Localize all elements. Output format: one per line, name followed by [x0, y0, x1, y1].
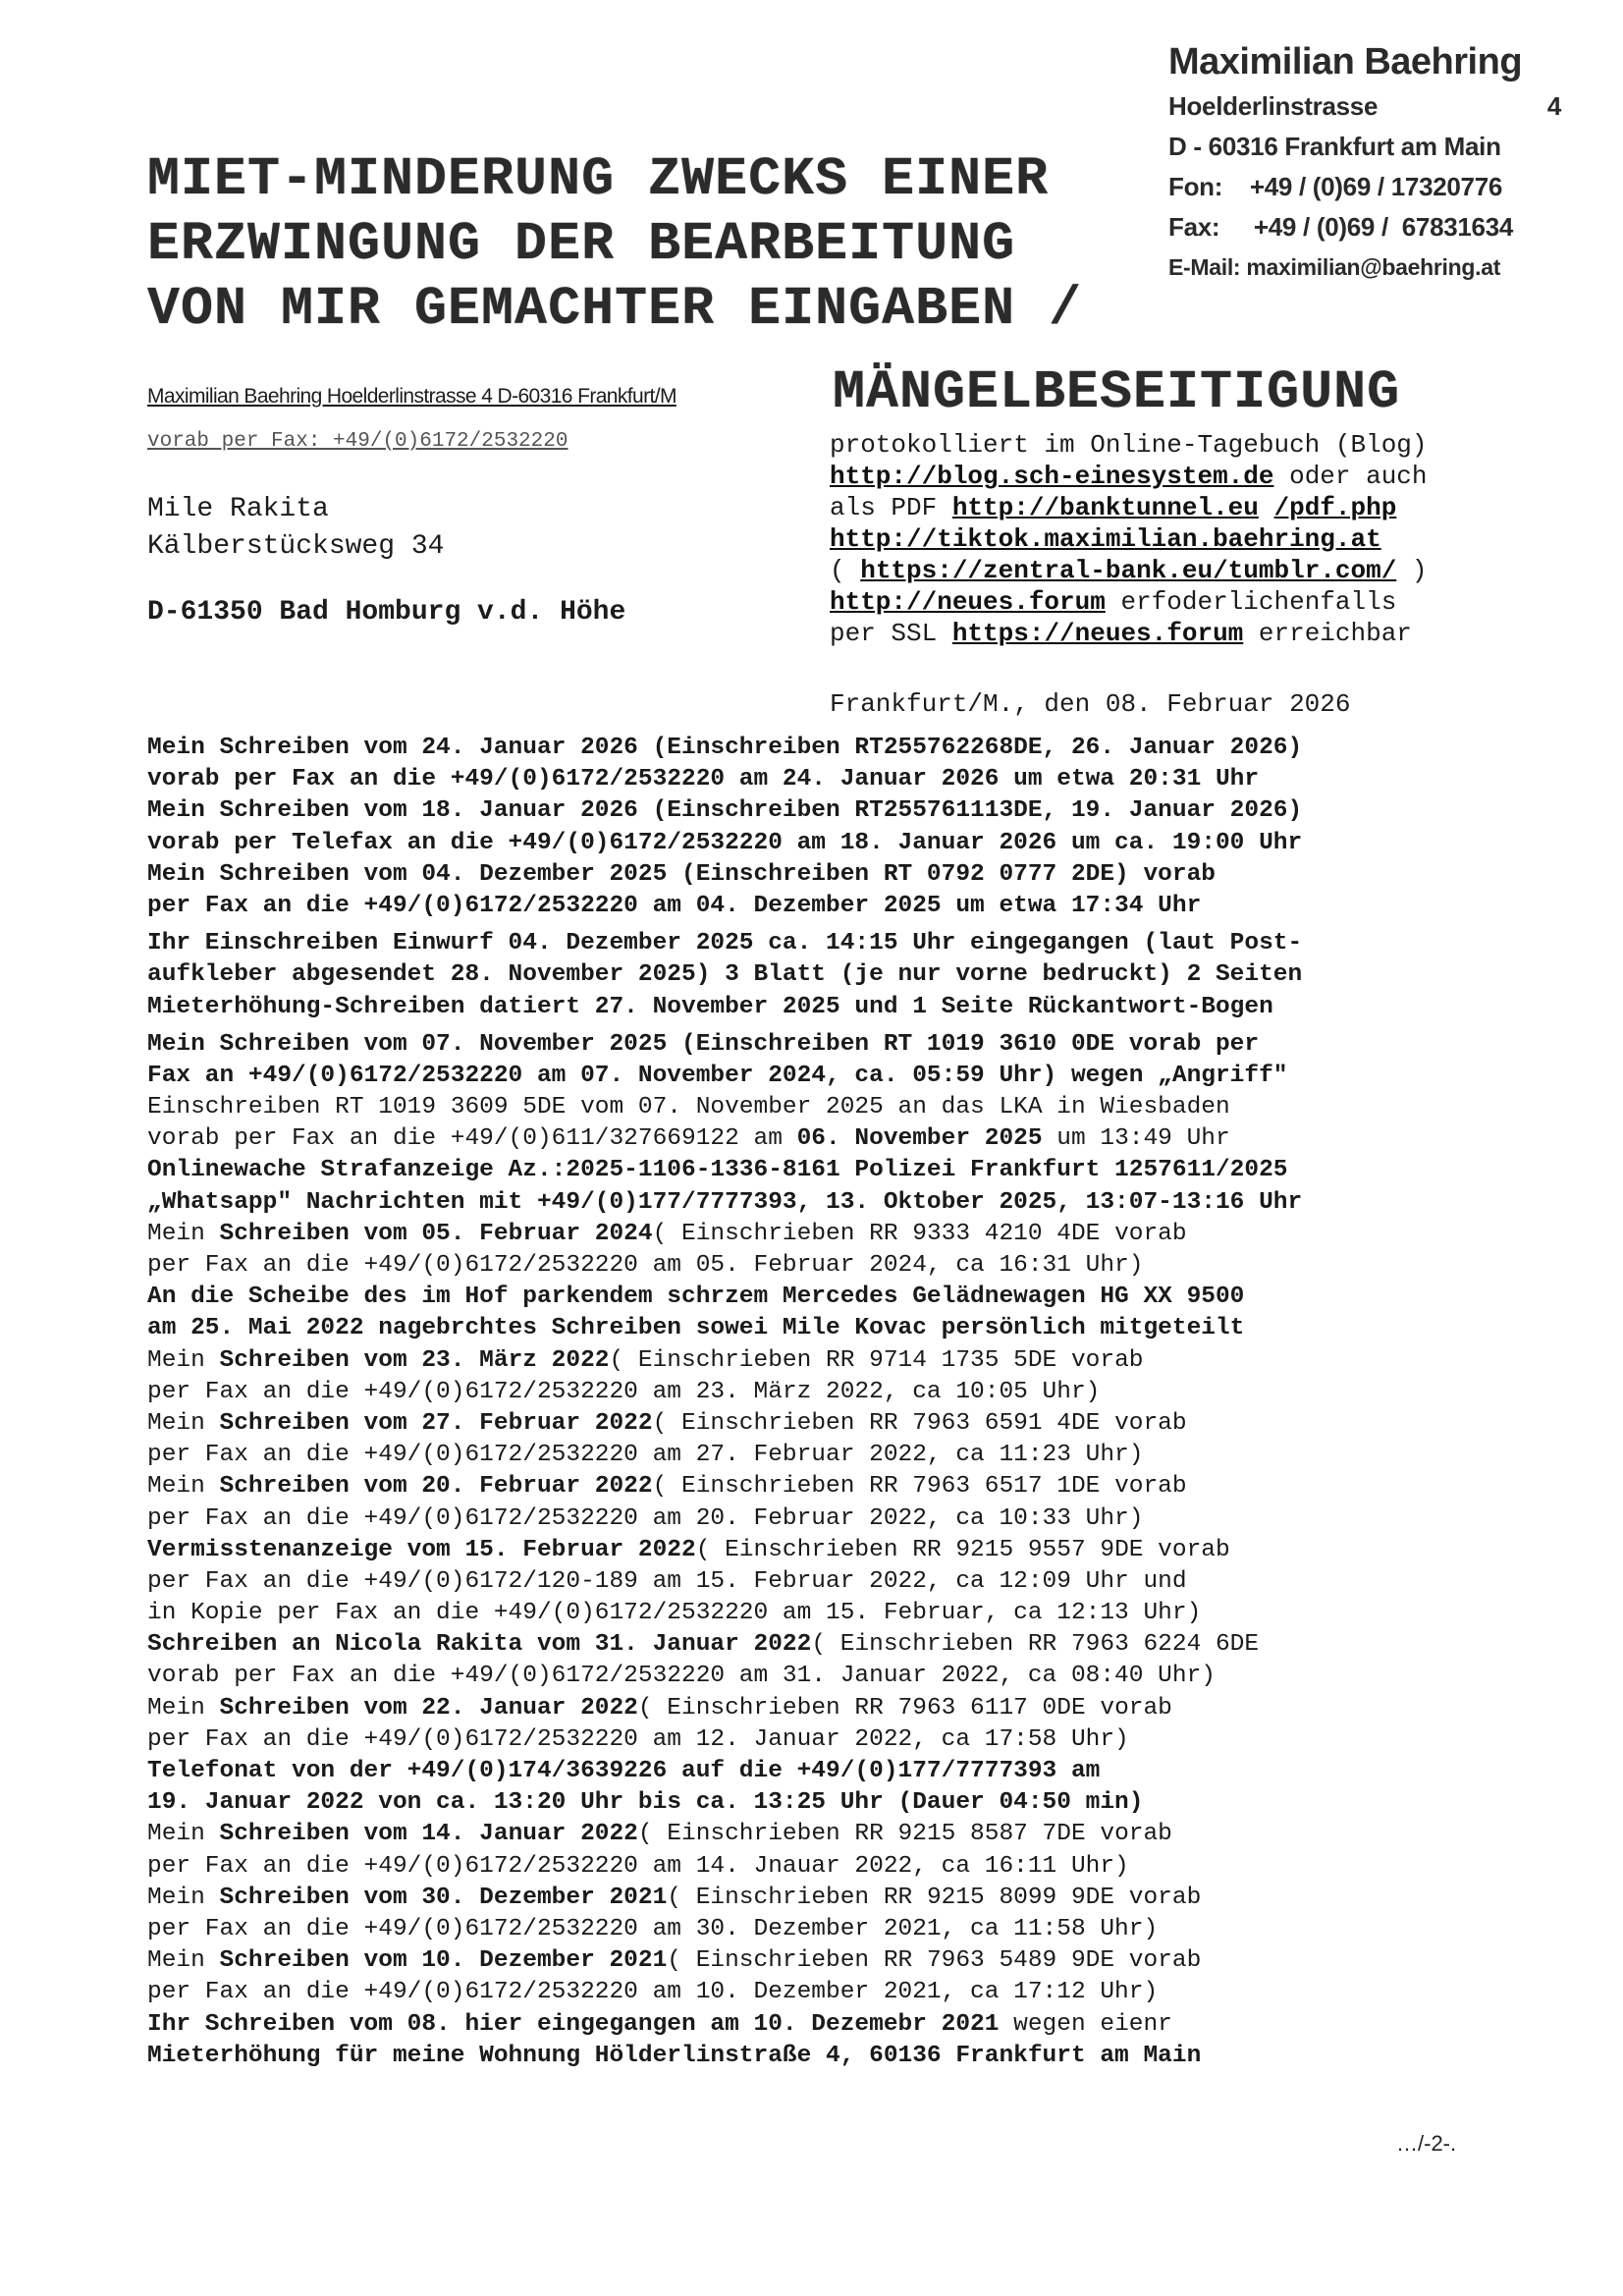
- log-line: Onlinewache Strafanzeige Az.:2025-1106-1…: [147, 1155, 1522, 1186]
- log-text: Mein: [147, 1947, 220, 1974]
- date-line: Frankfurt/M., den 08. Februar 2026: [830, 689, 1351, 719]
- sender-fax: +49 / (0)69 / 67831634: [1254, 212, 1513, 242]
- log-line: per Fax an die +49/(0)6172/2532220 am 30…: [147, 1914, 1522, 1945]
- log-line: An die Scheibe des im Hof parkendem schr…: [147, 1282, 1522, 1313]
- log-line: am 25. Mai 2022 nagebrchtes Schreiben so…: [147, 1313, 1522, 1344]
- sender-email-line: E-Mail: maximilian@baehring.at: [1168, 247, 1581, 288]
- blog-line-4: ( https://zentral-bank.eu/tumblr.com/ ): [830, 555, 1517, 586]
- log-text: Mein: [147, 1695, 220, 1722]
- log-line: Ihr Schreiben vom 08. hier eingegangen a…: [147, 2009, 1522, 2041]
- sender-fax-label: Fax:: [1168, 212, 1219, 242]
- log-line: Fax an +49/(0)6172/2532220 am 07. Novemb…: [147, 1061, 1522, 1092]
- log-text-bold: vorab per Telefax an die +49/(0)6172/253…: [147, 830, 1302, 856]
- log-line: Mein Schreiben vom 14. Januar 2022( Eins…: [147, 1819, 1522, 1850]
- log-text-bold: Fax an +49/(0)6172/2532220 am 07. Novemb…: [147, 1063, 1288, 1089]
- blog-links-block: protokolliert im Online-Tagebuch (Blog) …: [830, 429, 1517, 649]
- log-text-bold: Schreiben an Nicola Rakita vom 31. Janua…: [147, 1631, 811, 1658]
- log-line: Mein Schreiben vom 20. Februar 2022( Ein…: [147, 1471, 1522, 1503]
- log-text: ( Einschrieben RR 7963 6591 4DE vorab: [653, 1410, 1187, 1437]
- log-line: per Fax an die +49/(0)6172/2532220 am 27…: [147, 1440, 1522, 1471]
- log-text: per Fax an die +49/(0)6172/2532220 am 05…: [147, 1252, 1143, 1279]
- blog-link[interactable]: http://blog.sch-einesystem.de: [830, 462, 1273, 491]
- log-line: Vermisstenanzeige vom 15. Februar 2022( …: [147, 1535, 1522, 1566]
- headline-line: VON MIR GEMACHTER EINGABEN /: [147, 277, 1082, 342]
- log-line: Schreiben an Nicola Rakita vom 31. Janua…: [147, 1629, 1522, 1661]
- log-text-bold: aufkleber abgesendet 28. November 2025) …: [147, 961, 1302, 988]
- banktunnel-link[interactable]: http://banktunnel.eu: [952, 493, 1259, 522]
- log-line: Mein Schreiben vom 18. Januar 2026 (Eins…: [147, 795, 1522, 827]
- log-line: vorab per Fax an die +49/(0)6172/2532220…: [147, 1661, 1522, 1692]
- log-line: Mein Schreiben vom 23. März 2022( Einsch…: [147, 1345, 1522, 1377]
- log-line: per Fax an die +49/(0)6172/2532220 am 12…: [147, 1724, 1522, 1756]
- correspondence-log: Mein Schreiben vom 24. Januar 2026 (Eins…: [147, 733, 1522, 2072]
- log-text: vorab per Fax an die +49/(0)6172/2532220…: [147, 1663, 1216, 1689]
- log-line: vorab per Fax an die +49/(0)611/32766912…: [147, 1123, 1522, 1155]
- log-line: per Fax an die +49/(0)6172/2532220 am 14…: [147, 1851, 1522, 1883]
- log-line: per Fax an die +49/(0)6172/2532220 am 04…: [147, 891, 1522, 922]
- blog-text: als PDF: [830, 493, 952, 522]
- log-text: vorab per Fax an die +49/(0)611/32766912…: [147, 1125, 797, 1152]
- recipient-street: Kälberstücksweg 34: [147, 528, 444, 566]
- sender-phone-label: Fon:: [1168, 172, 1222, 201]
- sender-phone-line: Fon: +49 / (0)69 / 17320776: [1168, 167, 1581, 207]
- log-text: ( Einschrieben RR 9714 1735 5DE vorab: [609, 1347, 1143, 1374]
- log-text: Mein: [147, 1221, 220, 1247]
- log-text-bold: Onlinewache Strafanzeige Az.:2025-1106-1…: [147, 1157, 1288, 1183]
- log-text-bold: An die Scheibe des im Hof parkendem schr…: [147, 1284, 1244, 1310]
- log-text: wegen eienr: [999, 2011, 1171, 2038]
- log-text-bold: Mein Schreiben vom 24. Januar 2026 (Eins…: [147, 735, 1302, 761]
- log-text-bold: Schreiben vom 22. Januar 2022: [220, 1695, 638, 1722]
- log-line: Ihr Einschreiben Einwurf 04. Dezember 20…: [147, 928, 1522, 959]
- log-text-bold: per Fax an die +49/(0)6172/2532220 am 04…: [147, 893, 1201, 919]
- log-text-bold: Telefonat von der +49/(0)174/3639226 auf…: [147, 1758, 1100, 1784]
- recipient-name: Mile Rakita: [147, 491, 444, 528]
- log-text: per Fax an die +49/(0)6172/2532220 am 23…: [147, 1379, 1100, 1405]
- blog-text: (: [830, 556, 860, 585]
- headline-last-line: MÄNGELBESEITIGUNG: [833, 361, 1400, 423]
- log-line: per Fax an die +49/(0)6172/2532220 am 23…: [147, 1377, 1522, 1408]
- blog-line-6: per SSL https://neues.forum erreichbar: [830, 618, 1517, 649]
- blog-text: oder auch: [1273, 462, 1427, 491]
- sender-letterhead: Maximilian Baehring Hoelderlinstrasse 4 …: [1168, 37, 1581, 288]
- log-text-bold: Mein Schreiben vom 18. Januar 2026 (Eins…: [147, 797, 1302, 824]
- log-line: Mein Schreiben vom 05. Februar 2024( Ein…: [147, 1219, 1522, 1250]
- log-text-bold: 19. Januar 2022 von ca. 13:20 Uhr bis ca…: [147, 1789, 1143, 1816]
- log-text-bold: Mein Schreiben vom 07. November 2025 (Ei…: [147, 1031, 1259, 1058]
- log-line: Einschreiben RT 1019 3609 5DE vom 07. No…: [147, 1092, 1522, 1123]
- log-text: ( Einschrieben RR 9215 8099 9DE vorab: [667, 1885, 1201, 1911]
- sender-street-line: Hoelderlinstrasse 4: [1168, 86, 1561, 127]
- log-line: 19. Januar 2022 von ca. 13:20 Uhr bis ca…: [147, 1787, 1522, 1819]
- sender-street: Hoelderlinstrasse: [1168, 86, 1378, 127]
- forum-link[interactable]: http://neues.forum: [830, 587, 1106, 617]
- forum-ssl-link[interactable]: https://neues.forum: [952, 619, 1243, 648]
- log-text-bold: vorab per Fax an die +49/(0)6172/2532220…: [147, 766, 1259, 793]
- log-text: ( Einschrieben RR 7963 6117 0DE vorab: [638, 1695, 1172, 1722]
- log-text-bold: Mein Schreiben vom 04. Dezember 2025 (Ei…: [147, 861, 1216, 888]
- log-text: Mein: [147, 1410, 220, 1437]
- log-line: Mein Schreiben vom 07. November 2025 (Ei…: [147, 1029, 1522, 1061]
- log-line: aufkleber abgesendet 28. November 2025) …: [147, 959, 1522, 991]
- log-line: Mein Schreiben vom 24. Januar 2026 (Eins…: [147, 733, 1522, 764]
- log-line: „Whatsapp" Nachrichten mit +49/(0)177/77…: [147, 1187, 1522, 1219]
- log-text-bold: Schreiben vom 05. Februar 2024: [220, 1221, 653, 1247]
- log-line: vorab per Telefax an die +49/(0)6172/253…: [147, 828, 1522, 859]
- log-line: Telefonat von der +49/(0)174/3639226 auf…: [147, 1756, 1522, 1787]
- log-text: Mein: [147, 1347, 220, 1374]
- blog-text: ): [1396, 556, 1427, 585]
- log-text: ( Einschrieben RR 9215 8587 7DE vorab: [638, 1821, 1172, 1847]
- log-line: Mieterhöhung-Schreiben datiert 27. Novem…: [147, 992, 1522, 1023]
- log-line: per Fax an die +49/(0)6172/2532220 am 05…: [147, 1250, 1522, 1282]
- log-text: per Fax an die +49/(0)6172/120-189 am 15…: [147, 1568, 1187, 1595]
- log-text-bold: Schreiben vom 10. Dezember 2021: [220, 1947, 668, 1974]
- log-line: Mein Schreiben vom 04. Dezember 2025 (Ei…: [147, 859, 1522, 891]
- log-text-bold: Schreiben vom 30. Dezember 2021: [220, 1885, 668, 1911]
- log-text: per Fax an die +49/(0)6172/2532220 am 10…: [147, 1979, 1158, 2005]
- recipient-city: D-61350 Bad Homburg v.d. Höhe: [147, 597, 625, 628]
- log-line: Mieterhöhung für meine Wohnung Hölderlin…: [147, 2041, 1522, 2072]
- blog-text: erreichbar: [1243, 619, 1412, 648]
- log-text: Mein: [147, 1473, 220, 1500]
- log-line: per Fax an die +49/(0)6172/2532220 am 20…: [147, 1503, 1522, 1535]
- log-text: ( Einschrieben RR 7963 6224 6DE: [811, 1631, 1259, 1658]
- log-text-bold: 06. November 2025: [797, 1125, 1043, 1152]
- sender-phone: +49 / (0)69 / 17320776: [1250, 172, 1502, 201]
- log-text-bold: Ihr Einschreiben Einwurf 04. Dezember 20…: [147, 930, 1302, 957]
- recipient-address: Mile Rakita Kälberstücksweg 34: [147, 491, 444, 566]
- log-text-bold: Mieterhöhung-Schreiben datiert 27. Novem…: [147, 994, 1273, 1020]
- log-text: per Fax an die +49/(0)6172/2532220 am 14…: [147, 1853, 1129, 1880]
- log-text-bold: am 25. Mai 2022 nagebrchtes Schreiben so…: [147, 1315, 1244, 1341]
- log-line: Mein Schreiben vom 22. Januar 2022( Eins…: [147, 1693, 1522, 1724]
- fax-note: vorab per Fax: +49/(0)6172/2532220: [147, 430, 568, 453]
- blog-intro: protokolliert im Online-Tagebuch (Blog): [830, 429, 1517, 461]
- log-text-bold: Mieterhöhung für meine Wohnung Hölderlin…: [147, 2043, 1201, 2069]
- log-text-bold: Schreiben vom 14. Januar 2022: [220, 1821, 638, 1847]
- blog-line-5: http://neues.forum erfoderlichenfalls: [830, 586, 1517, 618]
- page-continuation-marker: …/-2-.: [1396, 2131, 1456, 2157]
- sender-fax-line: Fax: +49 / (0)69 / 67831634: [1168, 207, 1581, 247]
- return-address: Maximilian Baehring Hoelderlinstrasse 4 …: [147, 385, 676, 409]
- log-text: per Fax an die +49/(0)6172/2532220 am 12…: [147, 1726, 1129, 1753]
- sender-email-label: E-Mail:: [1168, 254, 1240, 280]
- sender-city: D - 60316 Frankfurt am Main: [1168, 127, 1581, 167]
- tumblr-link[interactable]: https://zentral-bank.eu/tumblr.com/: [860, 556, 1396, 585]
- blog-text: erfoderlichenfalls: [1106, 587, 1396, 617]
- log-text-bold: Vermisstenanzeige vom 15. Februar 2022: [147, 1537, 696, 1563]
- log-text: in Kopie per Fax an die +49/(0)6172/2532…: [147, 1600, 1201, 1626]
- log-text: Mein: [147, 1821, 220, 1847]
- log-text: um 13:49 Uhr: [1043, 1125, 1230, 1152]
- log-text-bold: Schreiben vom 23. März 2022: [220, 1347, 610, 1374]
- log-line: Mein Schreiben vom 10. Dezember 2021( Ei…: [147, 1945, 1522, 1977]
- log-text: per Fax an die +49/(0)6172/2532220 am 30…: [147, 1916, 1158, 1942]
- sender-house-number: 4: [1547, 86, 1561, 127]
- log-text: Einschreiben RT 1019 3609 5DE vom 07. No…: [147, 1094, 1230, 1121]
- log-line: per Fax an die +49/(0)6172/2532220 am 10…: [147, 1977, 1522, 2008]
- log-text: ( Einschrieben RR 7963 5489 9DE vorab: [667, 1947, 1201, 1974]
- blog-line-2: als PDF http://banktunnel.eu /pdf.php: [830, 492, 1517, 523]
- log-line: per Fax an die +49/(0)6172/120-189 am 15…: [147, 1566, 1522, 1598]
- sender-name: Maximilian Baehring: [1168, 37, 1581, 86]
- log-line: Mein Schreiben vom 30. Dezember 2021( Ei…: [147, 1883, 1522, 1914]
- log-text: ( Einschrieben RR 7963 6517 1DE vorab: [653, 1473, 1187, 1500]
- pdf-link[interactable]: /pdf.php: [1274, 493, 1397, 522]
- blog-text: per SSL: [830, 619, 952, 648]
- log-text-bold: Schreiben vom 27. Februar 2022: [220, 1410, 653, 1437]
- log-line: vorab per Fax an die +49/(0)6172/2532220…: [147, 764, 1522, 795]
- log-text-bold: Ihr Schreiben vom 08. hier eingegangen a…: [147, 2011, 999, 2038]
- headline-line: MIET-MINDERUNG ZWECKS EINER: [147, 147, 1082, 212]
- log-text: ( Einschrieben RR 9215 9557 9DE vorab: [696, 1537, 1230, 1563]
- log-text-bold: Schreiben vom 20. Februar 2022: [220, 1473, 653, 1500]
- headline-line: ERZWINGUNG DER BEARBEITUNG: [147, 212, 1082, 277]
- log-line: in Kopie per Fax an die +49/(0)6172/2532…: [147, 1598, 1522, 1629]
- log-text: Mein: [147, 1885, 220, 1911]
- tiktok-link[interactable]: http://tiktok.maximilian.baehring.at: [830, 524, 1381, 554]
- log-text-bold: „Whatsapp" Nachrichten mit +49/(0)177/77…: [147, 1189, 1302, 1216]
- document-headline: MIET-MINDERUNG ZWECKS EINER ERZWINGUNG D…: [147, 147, 1082, 342]
- sender-email: maximilian@baehring.at: [1246, 254, 1500, 280]
- log-line: Mein Schreiben vom 27. Februar 2022( Ein…: [147, 1408, 1522, 1440]
- log-text: per Fax an die +49/(0)6172/2532220 am 27…: [147, 1442, 1143, 1468]
- log-text: ( Einschrieben RR 9333 4210 4DE vorab: [653, 1221, 1187, 1247]
- log-text: per Fax an die +49/(0)6172/2532220 am 20…: [147, 1505, 1143, 1532]
- blog-line-3: http://tiktok.maximilian.baehring.at: [830, 523, 1517, 555]
- blog-line-1: http://blog.sch-einesystem.de oder auch: [830, 461, 1517, 492]
